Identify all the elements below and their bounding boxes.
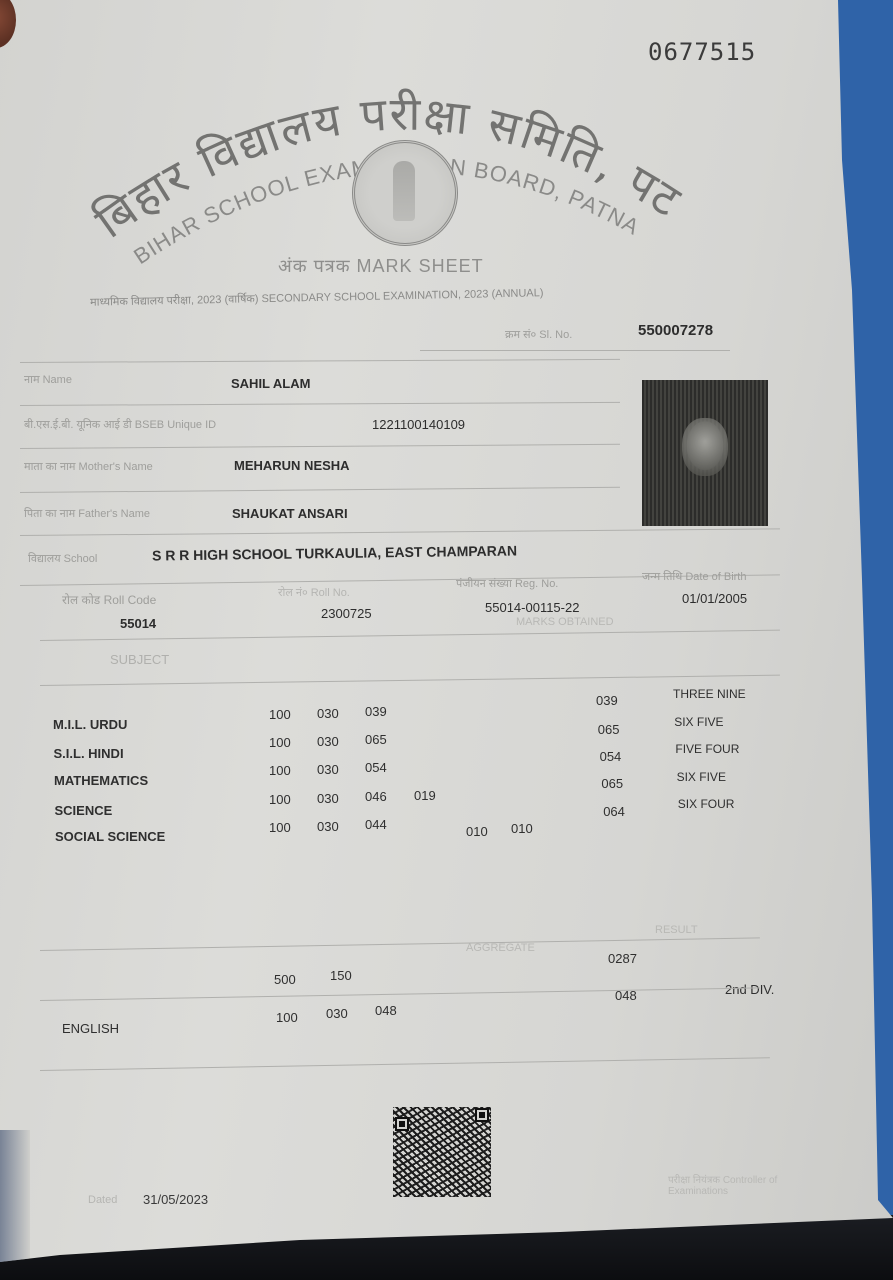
name-label: नाम Name bbox=[24, 372, 72, 387]
marks-in-words: FIVE FOUR bbox=[675, 742, 739, 756]
dob-value: 01/01/2005 bbox=[682, 591, 747, 606]
father-name-value: SHAUKAT ANSARI bbox=[232, 506, 348, 521]
marks-total: 054 bbox=[600, 749, 622, 764]
marksheet-title: अंक पत्रक MARK SHEET bbox=[278, 254, 484, 278]
marks-grace-a: 010 bbox=[466, 824, 488, 839]
divider bbox=[420, 350, 730, 351]
additional-theory-marks: 048 bbox=[375, 1003, 397, 1018]
uid-value: 1221100140109 bbox=[372, 417, 465, 432]
board-seal-icon bbox=[352, 140, 458, 246]
school-value: S R R HIGH SCHOOL TURKAULIA, EAST CHAMPA… bbox=[152, 542, 517, 563]
name-value: SAHIL ALAM bbox=[231, 376, 310, 391]
marks-theory: 039 bbox=[365, 704, 387, 719]
sl-no-value: 550007278 bbox=[638, 322, 713, 339]
sl-no-label: क्रम सं० Sl. No. bbox=[505, 327, 572, 342]
additional-full-marks: 100 bbox=[276, 1010, 298, 1025]
divider bbox=[20, 528, 780, 536]
divider bbox=[40, 987, 760, 1001]
marks-total: 065 bbox=[598, 722, 620, 737]
subject-name: S.I.L. HINDI bbox=[54, 746, 124, 761]
divider bbox=[40, 675, 780, 686]
marks-theory: 065 bbox=[365, 732, 387, 747]
mother-name-value: MEHARUN NESHA bbox=[234, 458, 350, 473]
divider bbox=[20, 487, 620, 493]
marks-theory: 046 bbox=[365, 789, 387, 804]
uid-label: बी.एस.ई.बी. यूनिक आई डी BSEB Unique ID bbox=[24, 417, 216, 432]
marks-pass: 030 bbox=[317, 791, 339, 806]
marks-theory: 054 bbox=[365, 760, 387, 775]
qr-code bbox=[393, 1107, 491, 1197]
aggregate-full-marks: 500 bbox=[274, 972, 296, 987]
marks-full: 100 bbox=[269, 792, 291, 807]
dob-label: जन्म तिथि Date of Birth bbox=[642, 569, 747, 584]
marks-practical: 019 bbox=[414, 788, 436, 803]
paper-edge bbox=[0, 1130, 30, 1280]
student-photo bbox=[642, 380, 768, 526]
roll-no-value: 2300725 bbox=[321, 606, 372, 621]
marks-full: 100 bbox=[269, 820, 291, 835]
serial-number: 0677515 bbox=[648, 38, 756, 66]
subject-name: SCIENCE bbox=[55, 803, 113, 818]
reg-no-label: पंजीयन संख्या Reg. No. bbox=[456, 576, 558, 591]
result-division: 2nd DIV. bbox=[725, 982, 774, 997]
marks-in-words: SIX FIVE bbox=[677, 770, 726, 784]
additional-total: 048 bbox=[615, 988, 637, 1003]
marks-in-words: SIX FIVE bbox=[674, 715, 723, 729]
marks-pass: 030 bbox=[317, 734, 339, 749]
additional-subject: ENGLISH bbox=[62, 1021, 119, 1036]
subject-name: M.I.L. URDU bbox=[53, 717, 127, 732]
subject-name: SOCIAL SCIENCE bbox=[55, 829, 165, 844]
marks-in-words: SIX FOUR bbox=[678, 797, 735, 811]
controller-signature-label: परीक्षा नियंत्रक Controller of Examinati… bbox=[668, 1172, 788, 1197]
marks-in-words: THREE NINE bbox=[673, 687, 746, 701]
divider bbox=[20, 359, 620, 363]
divider bbox=[20, 444, 620, 449]
roll-no-label: रोल नं० Roll No. bbox=[278, 585, 350, 600]
marks-theory: 044 bbox=[365, 817, 387, 832]
marks-full: 100 bbox=[269, 735, 291, 750]
subject-name: MATHEMATICS bbox=[54, 773, 148, 788]
subject-header: SUBJECT bbox=[110, 652, 169, 667]
marks-pass: 030 bbox=[317, 819, 339, 834]
divider bbox=[40, 630, 780, 641]
aggregate-pass-marks: 150 bbox=[330, 968, 352, 983]
marks-grace-b: 010 bbox=[511, 821, 533, 836]
marks-obtained-header: MARKS OBTAINED bbox=[516, 616, 614, 628]
marks-full: 100 bbox=[269, 707, 291, 722]
marks-total: 039 bbox=[596, 693, 618, 708]
marks-total: 064 bbox=[603, 804, 625, 819]
marks-total: 065 bbox=[601, 776, 623, 791]
divider bbox=[20, 402, 620, 406]
marks-pass: 030 bbox=[317, 706, 339, 721]
father-name-label: पिता का नाम Father's Name bbox=[24, 506, 150, 521]
marksheet-paper: 0677515 बिहार विद्यालय परीक्षा समिति, पट… bbox=[0, 0, 893, 1280]
roll-code-value: 55014 bbox=[120, 616, 156, 631]
additional-pass-marks: 030 bbox=[326, 1006, 348, 1021]
marks-pass: 030 bbox=[317, 762, 339, 777]
aggregate-label: AGGREGATE bbox=[466, 942, 535, 954]
aggregate-total: 0287 bbox=[608, 951, 637, 966]
dated-label: Dated bbox=[88, 1194, 117, 1206]
result-label: RESULT bbox=[655, 924, 698, 936]
reg-no-value: 55014-00115-22 bbox=[485, 600, 579, 615]
mother-name-label: माता का नाम Mother's Name bbox=[24, 459, 153, 474]
marks-full: 100 bbox=[269, 763, 291, 778]
school-label: विद्यालय School bbox=[28, 551, 97, 566]
dated-value: 31/05/2023 bbox=[143, 1192, 208, 1207]
roll-code-label: रोल कोड Roll Code bbox=[62, 591, 156, 608]
divider bbox=[40, 937, 760, 951]
divider bbox=[40, 1057, 770, 1071]
